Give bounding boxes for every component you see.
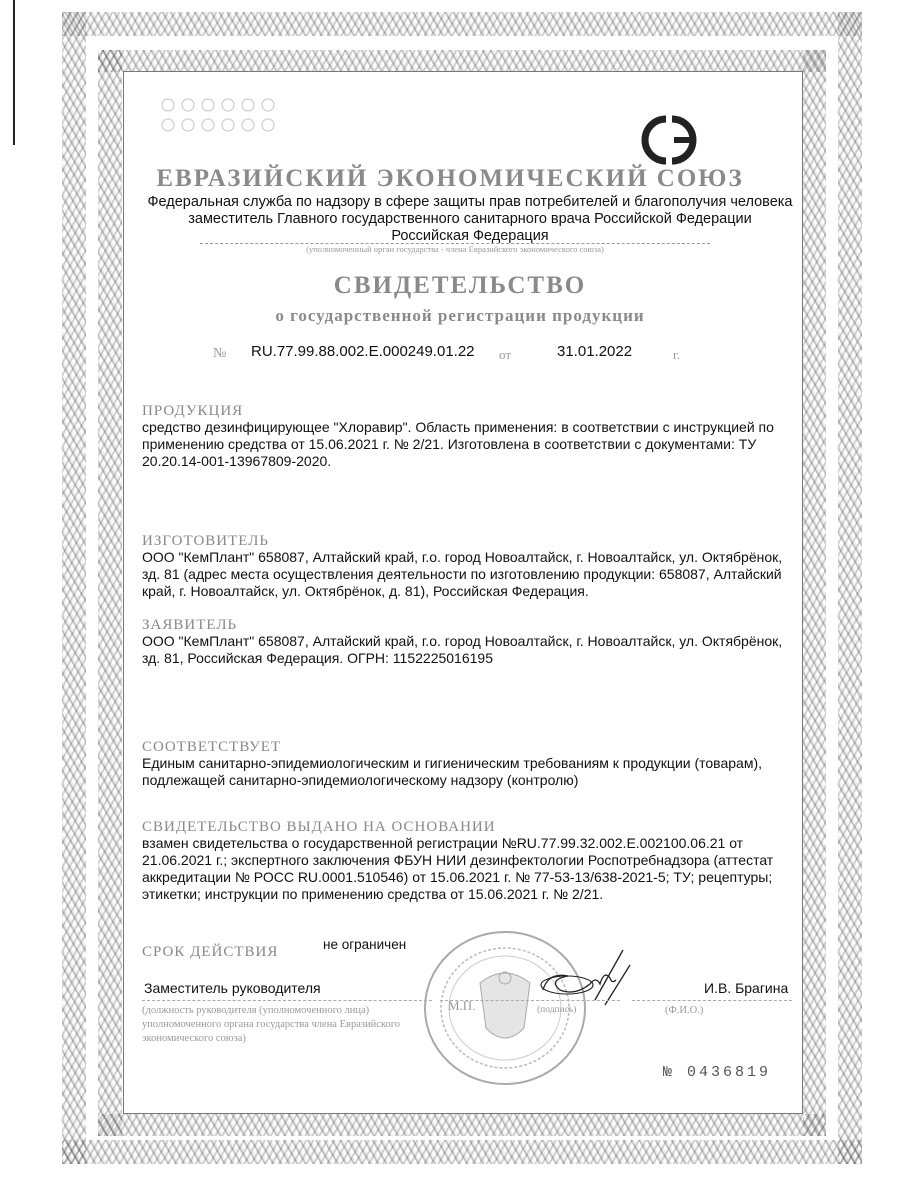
agency-line: заместитель Главного государственного са… [120, 211, 820, 228]
signature-caption: (подпись) [537, 1005, 576, 1015]
section-body: взамен свидетельства о государственной р… [142, 835, 802, 903]
certificate-number: RU.77.99.88.002.Е.000249.01.22 [251, 343, 475, 360]
position-caption: (должность руководителя (уполномоченного… [142, 1004, 442, 1046]
from-label: от [499, 347, 511, 363]
eaeu-conformity-mark-icon [636, 111, 706, 169]
section-body: средство дезинфицирующее "Хлоравир". Обл… [142, 419, 802, 470]
number-sign: № [213, 346, 226, 362]
union-title: ЕВРАЗИЙСКИЙ ЭКОНОМИЧЕСКИЙ СОЮЗ [0, 165, 900, 193]
section-heading: СООТВЕТСТВУЕТ [142, 739, 802, 755]
issuing-agency: Федеральная служба по надзору в сфере за… [120, 194, 820, 245]
scan-edge-line [13, 0, 15, 145]
section-heading: СВИДЕТЕЛЬСТВО ВЫДАНО НА ОСНОВАНИИ [142, 819, 802, 835]
section-applicant: ЗАЯВИТЕЛЬ ООО "КемПлант" 658087, Алтайск… [142, 617, 802, 667]
validity-value: не ограничен [323, 937, 406, 952]
section-conformity: СООТВЕТСТВУЕТ Единым санитарно-эпидемиол… [142, 739, 802, 789]
section-heading: ЗАЯВИТЕЛЬ [142, 617, 802, 633]
signatory-name: И.В. Брагина [704, 980, 788, 996]
section-heading: ПРОДУКЦИЯ [142, 403, 802, 419]
section-manufacturer: ИЗГОТОВИТЕЛЬ ООО "КемПлант" 658087, Алта… [142, 533, 802, 600]
name-line [632, 1000, 792, 1001]
position-line [142, 1000, 432, 1001]
form-serial-number: № 0436819 [663, 1064, 771, 1081]
section-body: ООО "КемПлант" 658087, Алтайский край, г… [142, 549, 802, 600]
section-body: ООО "КемПлант" 658087, Алтайский край, г… [142, 633, 802, 667]
section-product: ПРОДУКЦИЯ средство дезинфицирующее "Хлор… [142, 403, 802, 470]
signatory-position: Заместитель руководителя [144, 980, 321, 996]
certificate-subtitle: о государственной регистрации продукции [0, 306, 900, 326]
section-body: Единым санитарно-эпидемиологическим и ги… [142, 755, 802, 789]
section-basis: СВИДЕТЕЛЬСТВО ВЫДАНО НА ОСНОВАНИИ взамен… [142, 819, 802, 903]
year-suffix: г. [673, 347, 680, 363]
seal-label: М.П. [448, 998, 475, 1014]
guilloche-pattern [158, 95, 278, 137]
name-caption: (Ф.И.О.) [665, 1005, 703, 1016]
certificate-date: 31.01.2022 [557, 343, 632, 360]
validity-heading: СРОК ДЕЙСТВИЯ [142, 944, 278, 961]
agency-caption: (уполномоченный орган государства - член… [200, 244, 710, 254]
agency-line: Федеральная служба по надзору в сфере за… [120, 194, 820, 211]
certificate-title: СВИДЕТЕЛЬСТВО [0, 272, 900, 300]
section-heading: ИЗГОТОВИТЕЛЬ [142, 533, 802, 549]
